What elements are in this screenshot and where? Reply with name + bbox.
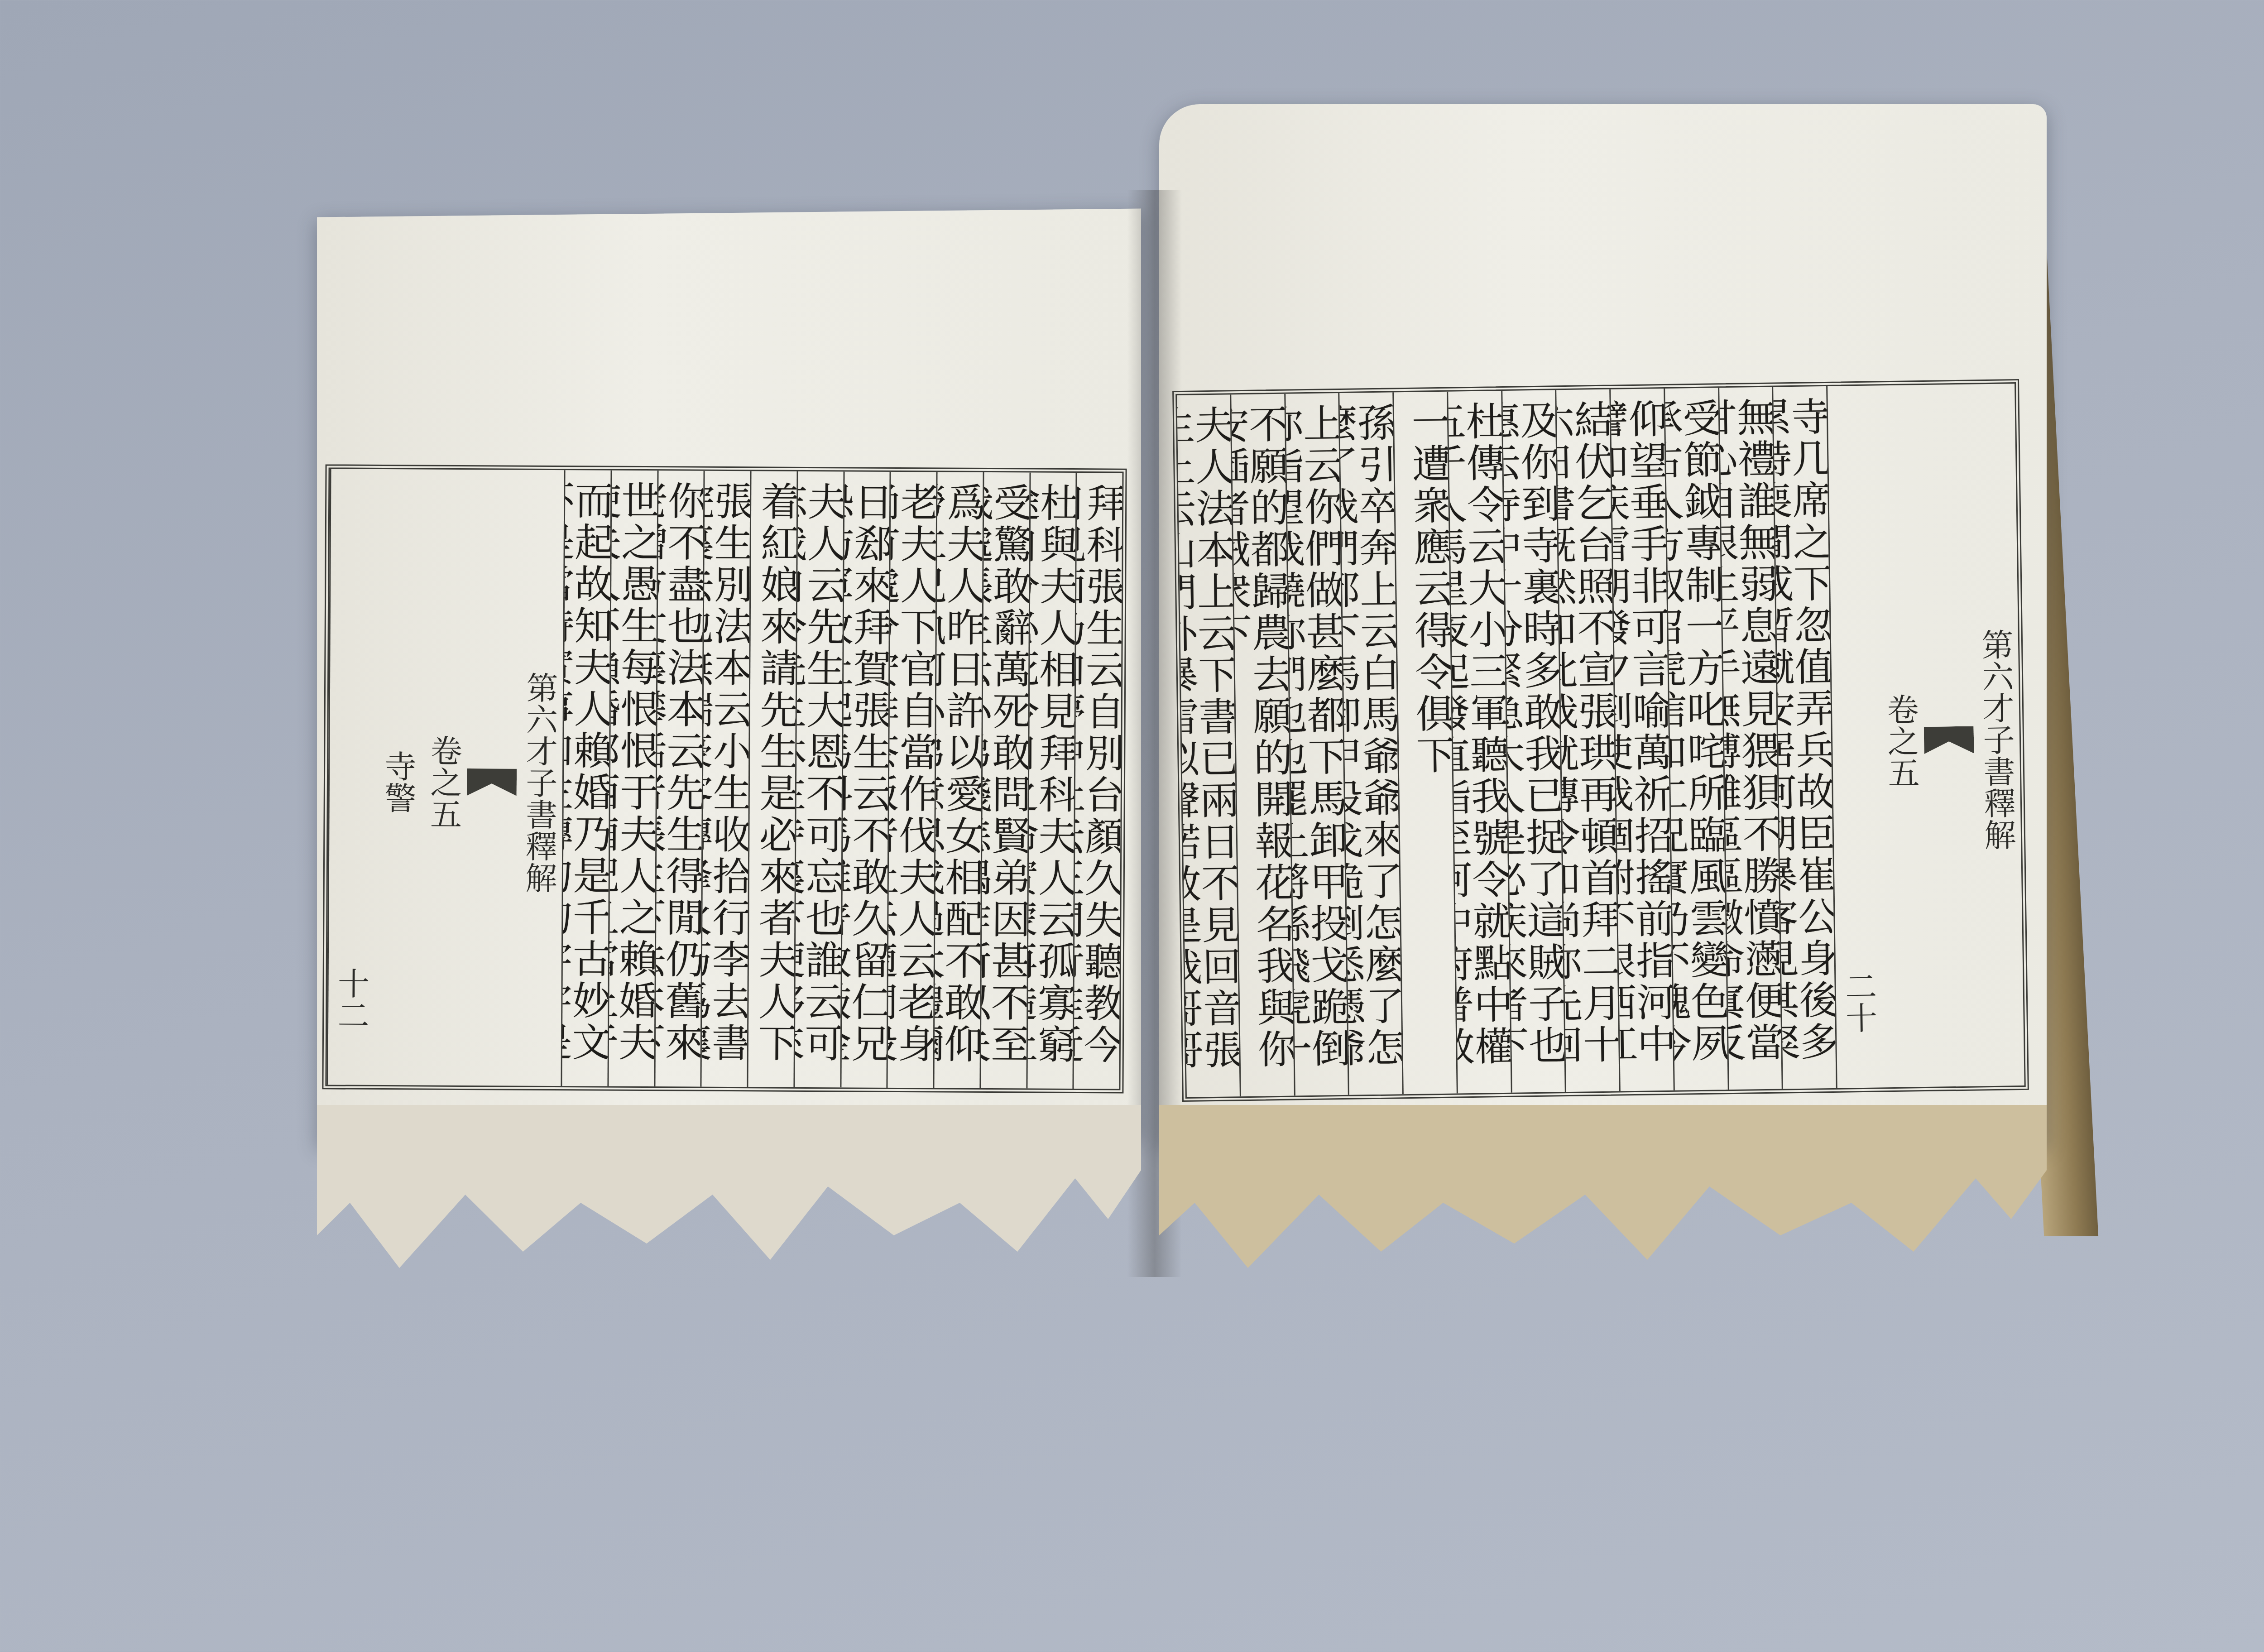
text-column: 你不盡也法本云先生得閒仍舊來老僧方丈裏攀話者張生下法本下 xyxy=(654,471,704,1087)
text-column: 上云你們做甚麼都下馬卸甲投戈跪倒你指望我饒你們也也罷止將孫飛虎一人砍首號令其餘 xyxy=(1284,393,1348,1096)
text-column: 不願的都歸農去願的開報花名我與你安插者賊衆下 xyxy=(1230,394,1294,1097)
text-column: 着紅娘來請先生是必來者夫人下 xyxy=(747,471,796,1087)
text-column: 張生別法本云小生收拾行李去書院裏去也無端豪客傳烽火巧爲襄王送雨雲孫飛虎小生感謝 xyxy=(700,471,750,1087)
page-number: 十二 xyxy=(328,967,374,1031)
right-page-banxin-margin: 第六才子書釋解 卷之五 二十 xyxy=(1826,384,2024,1088)
text-column: 拜科張生云自別台顏久失聽教今日見面乃如夢中杜云正間行旌近在鄰治不及過訪萬乞恕罪 xyxy=(1073,473,1122,1089)
page-number: 二十 xyxy=(1836,970,1882,1033)
text-column: 仰望垂手非可言喻萬祈招搖前指河中譬如疾雷朝發夕到使我涸鮒不恨西江崔公九原亦當啣 xyxy=(1609,389,1673,1091)
fishtail-ornament-icon xyxy=(467,768,517,796)
text-column: 杜傳令云大小三軍聽我號令就點中權五千人馬星夜起發直指至河中府普救寺救我兄弟去走 xyxy=(1447,391,1511,1094)
chapter-label: 寺警 xyxy=(375,750,422,814)
right-page-torn-edge xyxy=(1159,1105,2047,1268)
text-column: 而起故知夫人賴婚乃是千古妙文不是當時實事如左傳句句字字是妙文不是實事吾怪讀左 xyxy=(561,470,610,1086)
book-title: 第六才子書釋解 xyxy=(1972,628,2021,850)
text-column: 爲夫人昨日許以愛女相配不敢仰勞仁兄執柯小弟意思成過大禮彌月後便叩謝杜云恭喜賀喜 xyxy=(933,472,983,1088)
text-column: 一遭衆應云得令俱下 xyxy=(1392,392,1456,1095)
text-column: 及你到寺裏時多敢我已捉了這賊子也惠云寺中十分緊急大人是必疾來者下 xyxy=(1501,390,1565,1093)
left-page-torn-edge xyxy=(317,1105,1141,1268)
text-column: 結伏乞台照不宣張珙再頓首拜二月十六日書既然如此我就傳令和尚你先回去我星夜便來比 xyxy=(1555,389,1619,1092)
text-column: 老夫人下官自當作伐夫人云老身尚有處分安排茶飯者杜云適間投誠五千人下官尙須料理異 xyxy=(887,472,936,1088)
text-column: 世之愚生每恨恨于夫人之賴婚夫使夫人不賴婚郎西廂記且當止于此矣今西廂記方將自此 xyxy=(607,471,657,1087)
text-column: 受節鉞專制一方叱咤所臨風雲變色夙承古人方叔召虎信如仁兄實乃不愧今弟危偪不及轉燭 xyxy=(1664,388,1727,1090)
fishtail-ornament-icon xyxy=(1924,726,1974,754)
text-column: 寺几席之下忽值弄兵故臣崔公身後多累持喪閒戒暫僦安居何期暴客見其粲者擁兵五千將逞 xyxy=(1772,386,1836,1089)
text-column: 日郄來拜賀張生云不敢久留仁兄恐防軍政杜起馬科馬離普救敲金鐙人望蒲關唱凱歌下 xyxy=(840,471,890,1088)
left-page-text-frame: 拜科張生云自別台顏久失聽教今日見面乃如夢中杜云正間行旌近在鄰治不及過訪萬乞恕罪 … xyxy=(322,464,1127,1093)
volume-label: 卷之五 xyxy=(421,734,467,830)
text-column: 杜與夫人相見拜科夫人云孤寡窮途自分必死今日之命實蒙再造杜云狂賊跳梁有失防禦致累 xyxy=(1026,473,1076,1089)
text-column: 夫人云先生大恩不可忘也誰云可忘哉自今先生休在寺裏下便移來家下書院內安歇明日略備草… xyxy=(793,471,843,1088)
text-column: 孫引卒奔上云白馬爺爺來了怎麼了怎麼了我們都下馬卸甲投戈跪倒悉憑爺爺發落也杜引卒 xyxy=(1338,392,1402,1095)
text-column: 夫人法本上云下書已兩日不見回音張生上云山門外暴雷似聲喏敢是我哥哥到也杜與生相見 xyxy=(1177,394,1239,1097)
left-page-banxin-margin: 第六才子書釋解 卷之五 寺警 十二 xyxy=(326,469,564,1086)
right-page-text-frame: 第六才子書釋解 卷之五 二十 寺几席之下忽值弄兵故臣崔公身後多累持喪閒戒暫僦安居… xyxy=(1172,379,2029,1102)
book-title: 第六才子書釋解 xyxy=(516,672,563,894)
text-column: 無禮誰無弱息遠見猥狽不勝憤懣便當甘心自恨生平手無縛雞區區微命寘反不計伏惟仁兄仰 xyxy=(1718,387,1782,1090)
volume-label: 卷之五 xyxy=(1878,693,1925,788)
text-column: 受驚敢辭萬死敢問賢弟因甚不至我處張生云小弟賤恙偶作所以失謁今日便應隨仁兄去却又 xyxy=(979,472,1029,1089)
